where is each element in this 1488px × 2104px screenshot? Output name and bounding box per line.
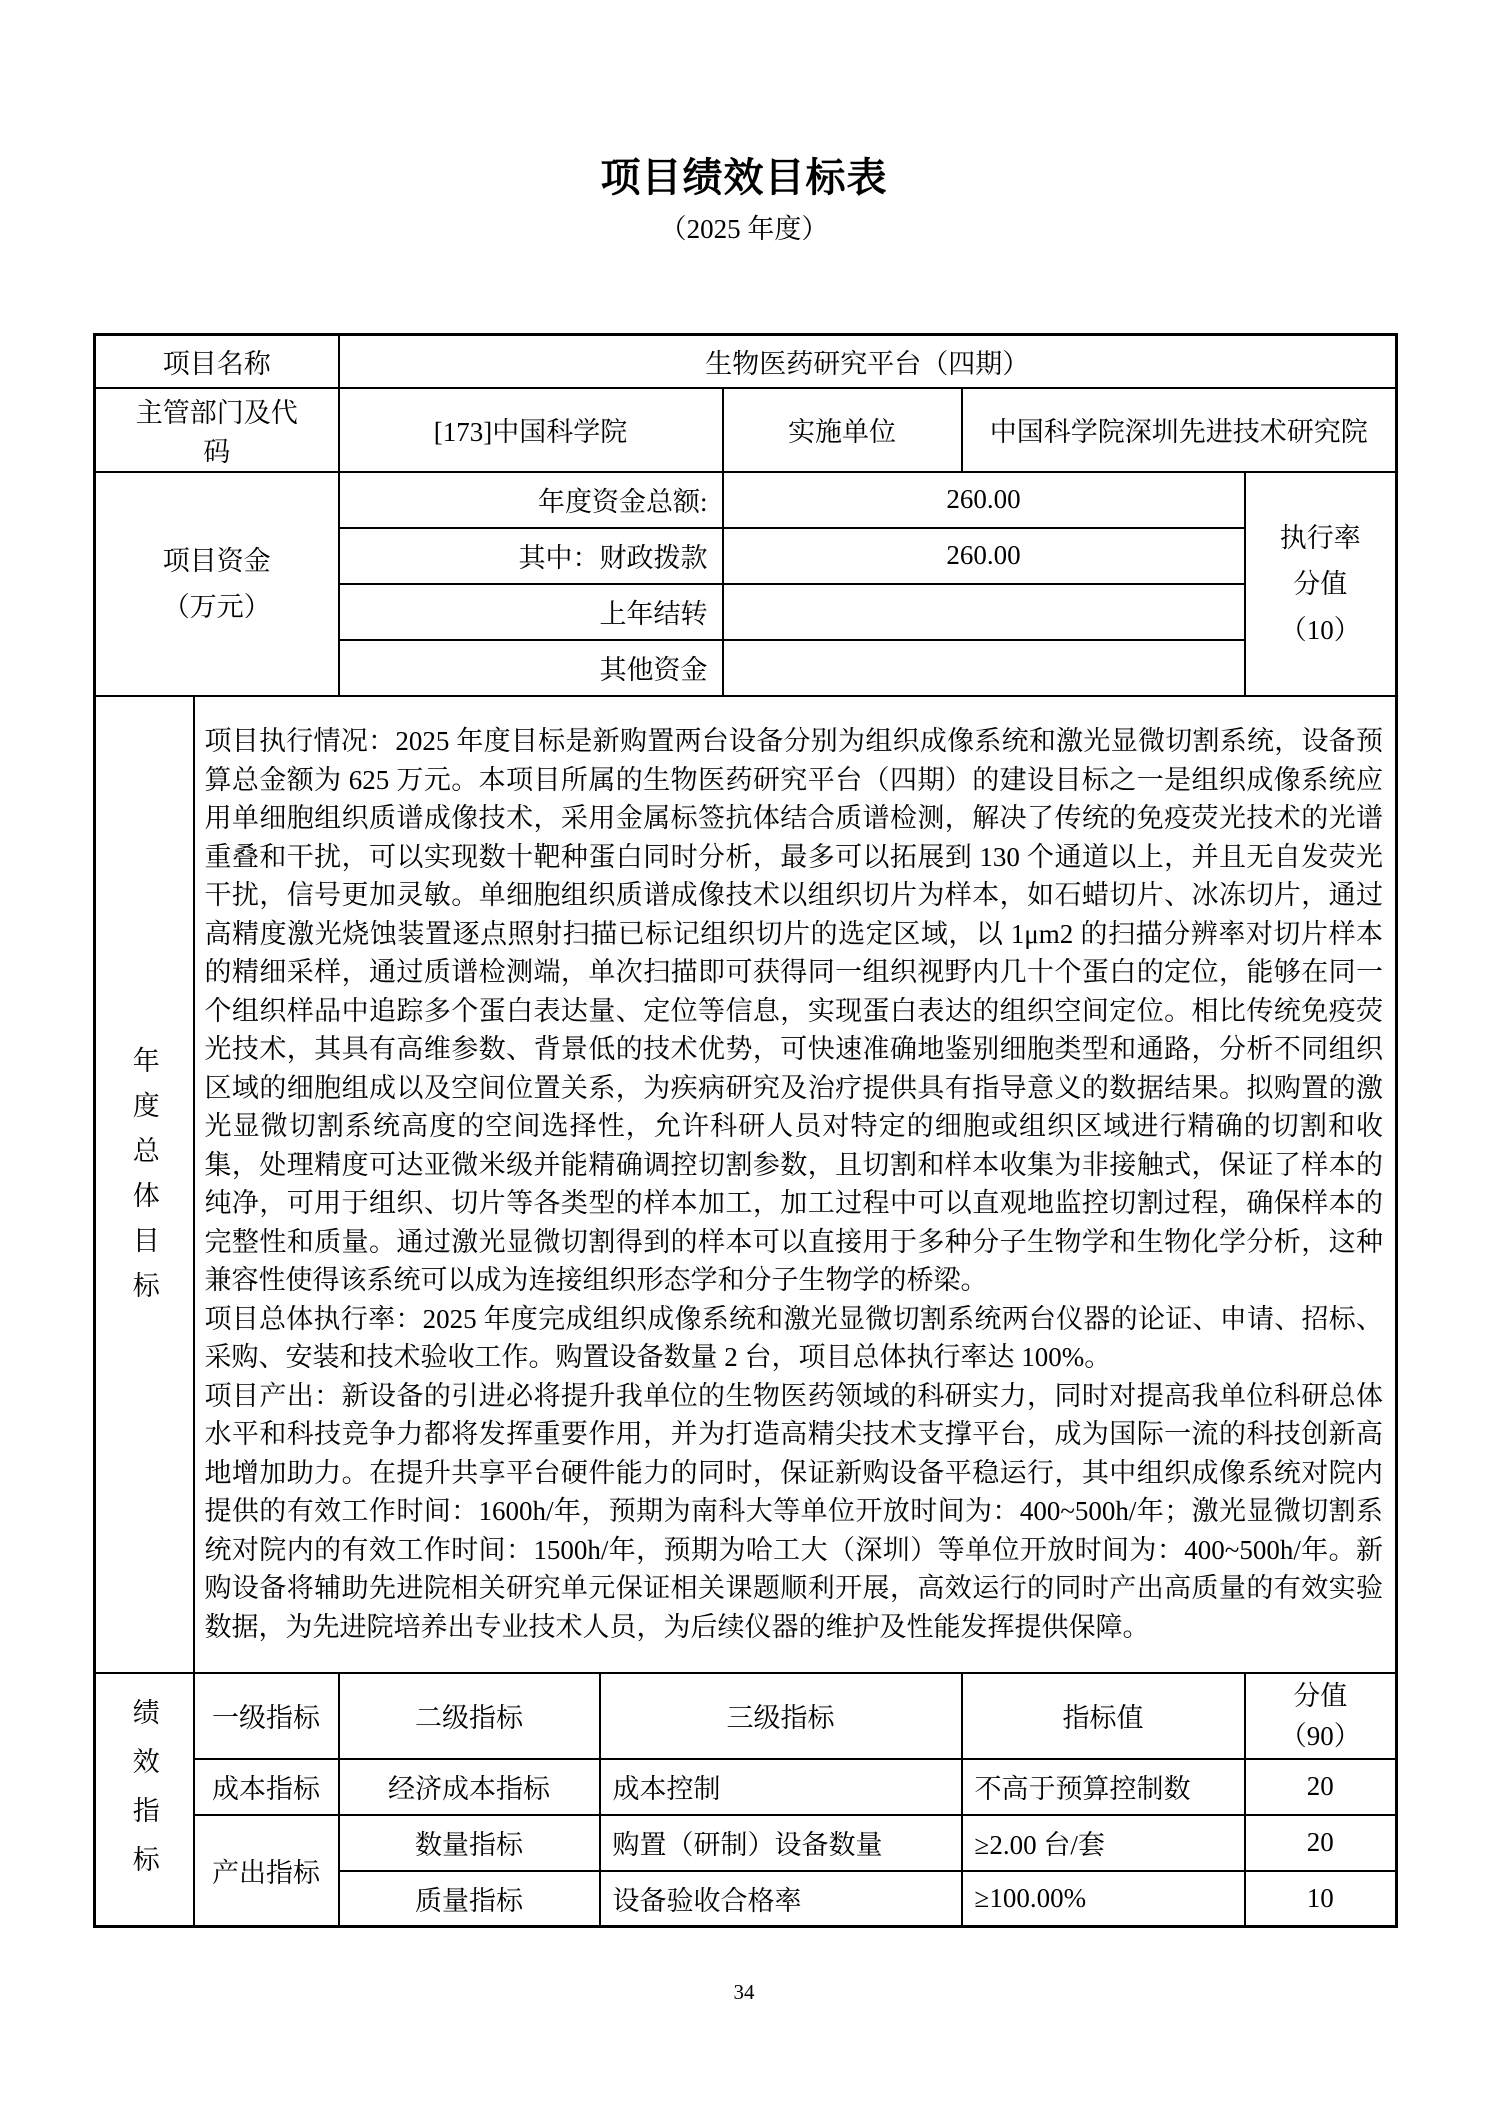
row-quantity-indicator: 产出指标 数量指标 购置（研制）设备数量 ≥2.00 台/套 20 [95, 1815, 1397, 1871]
funding-fiscal-value: 260.00 [723, 528, 1245, 584]
funding-carryover-value [723, 584, 1245, 640]
annual-goal-label-cell: 年度总体目标 [95, 696, 194, 1673]
cost-score: 20 [1245, 1759, 1397, 1815]
quantity-value: ≥2.00 台/套 [962, 1815, 1245, 1871]
goal-paragraph-execution: 项目执行情况：2025 年度目标是新购置两台设备分别为组织成像系统和激光显微切割… [205, 722, 1384, 1300]
project-name-value: 生物医药研究平台（四期） [339, 335, 1397, 388]
performance-target-table: 项目名称 生物医药研究平台（四期） 主管部门及代码 [173]中国科学院 实施单… [93, 333, 1398, 1928]
document-page: 项目绩效目标表 （2025 年度） 项目名称 生物医药研究平台（四期） 主管部门… [0, 0, 1488, 2104]
execution-rate-score-label: 执行率 分值 （10） [1245, 472, 1397, 696]
quality-level3: 设备验收合格率 [600, 1871, 962, 1927]
quantity-level2: 数量指标 [339, 1815, 600, 1871]
cost-value: 不高于预算控制数 [962, 1759, 1245, 1815]
quantity-level3: 购置（研制）设备数量 [600, 1815, 962, 1871]
implement-unit-label: 实施单位 [723, 388, 962, 472]
cost-level3: 成本控制 [600, 1759, 962, 1815]
row-department: 主管部门及代码 [173]中国科学院 实施单位 中国科学院深圳先进技术研究院 [95, 388, 1397, 472]
header-level1: 一级指标 [194, 1673, 339, 1759]
header-level3: 三级指标 [600, 1673, 962, 1759]
quantity-score: 20 [1245, 1815, 1397, 1871]
goal-paragraph-output: 项目产出：新设备的引进必将提升我单位的生物医药领域的科研实力，同时对提高我单位科… [205, 1377, 1384, 1647]
row-annual-goal: 年度总体目标 项目执行情况：2025 年度目标是新购置两台设备分别为组织成像系统… [95, 696, 1397, 1673]
row-indicator-header: 绩效指标 一级指标 二级指标 三级指标 指标值 分值 （90） [95, 1673, 1397, 1759]
funding-other-value [723, 640, 1245, 696]
project-name-label: 项目名称 [95, 335, 339, 388]
department-value: [173]中国科学院 [339, 388, 723, 472]
row-funding-total: 项目资金 （万元） 年度资金总额: 260.00 执行率 分值 （10） [95, 472, 1397, 528]
quality-level2: 质量指标 [339, 1871, 600, 1927]
quality-score: 10 [1245, 1871, 1397, 1927]
header-level2: 二级指标 [339, 1673, 600, 1759]
funding-other-label: 其他资金 [339, 640, 723, 696]
annual-goal-text: 项目执行情况：2025 年度目标是新购置两台设备分别为组织成像系统和激光显微切割… [194, 696, 1397, 1673]
goal-paragraph-rate: 项目总体执行率：2025 年度完成组织成像系统和激光显微切割系统两台仪器的论证、… [205, 1300, 1384, 1377]
funding-carryover-label: 上年结转 [339, 584, 723, 640]
header-score: 分值 （90） [1245, 1673, 1397, 1759]
page-number: 34 [0, 1980, 1488, 2005]
row-project-name: 项目名称 生物医药研究平台（四期） [95, 335, 1397, 388]
funding-total-value: 260.00 [723, 472, 1245, 528]
performance-indicators-label: 绩效指标 [125, 1698, 164, 1894]
row-cost-indicator: 成本指标 经济成本指标 成本控制 不高于预算控制数 20 [95, 1759, 1397, 1815]
performance-label-cell: 绩效指标 [95, 1673, 194, 1927]
annual-goal-label: 年度总体目标 [125, 1046, 164, 1316]
department-label-cell: 主管部门及代码 [95, 388, 339, 472]
page-subtitle: （2025 年度） [0, 207, 1488, 246]
implement-unit-value: 中国科学院深圳先进技术研究院 [962, 388, 1397, 472]
output-level1: 产出指标 [194, 1815, 339, 1927]
cost-level1: 成本指标 [194, 1759, 339, 1815]
cost-level2: 经济成本指标 [339, 1759, 600, 1815]
page-title: 项目绩效目标表 [0, 146, 1488, 203]
quality-value: ≥100.00% [962, 1871, 1245, 1927]
funding-fiscal-label: 其中：财政拨款 [339, 528, 723, 584]
funding-total-label: 年度资金总额: [339, 472, 723, 528]
header-value: 指标值 [962, 1673, 1245, 1759]
funding-label: 项目资金 （万元） [95, 472, 339, 696]
department-label: 主管部门及代码 [129, 391, 305, 469]
